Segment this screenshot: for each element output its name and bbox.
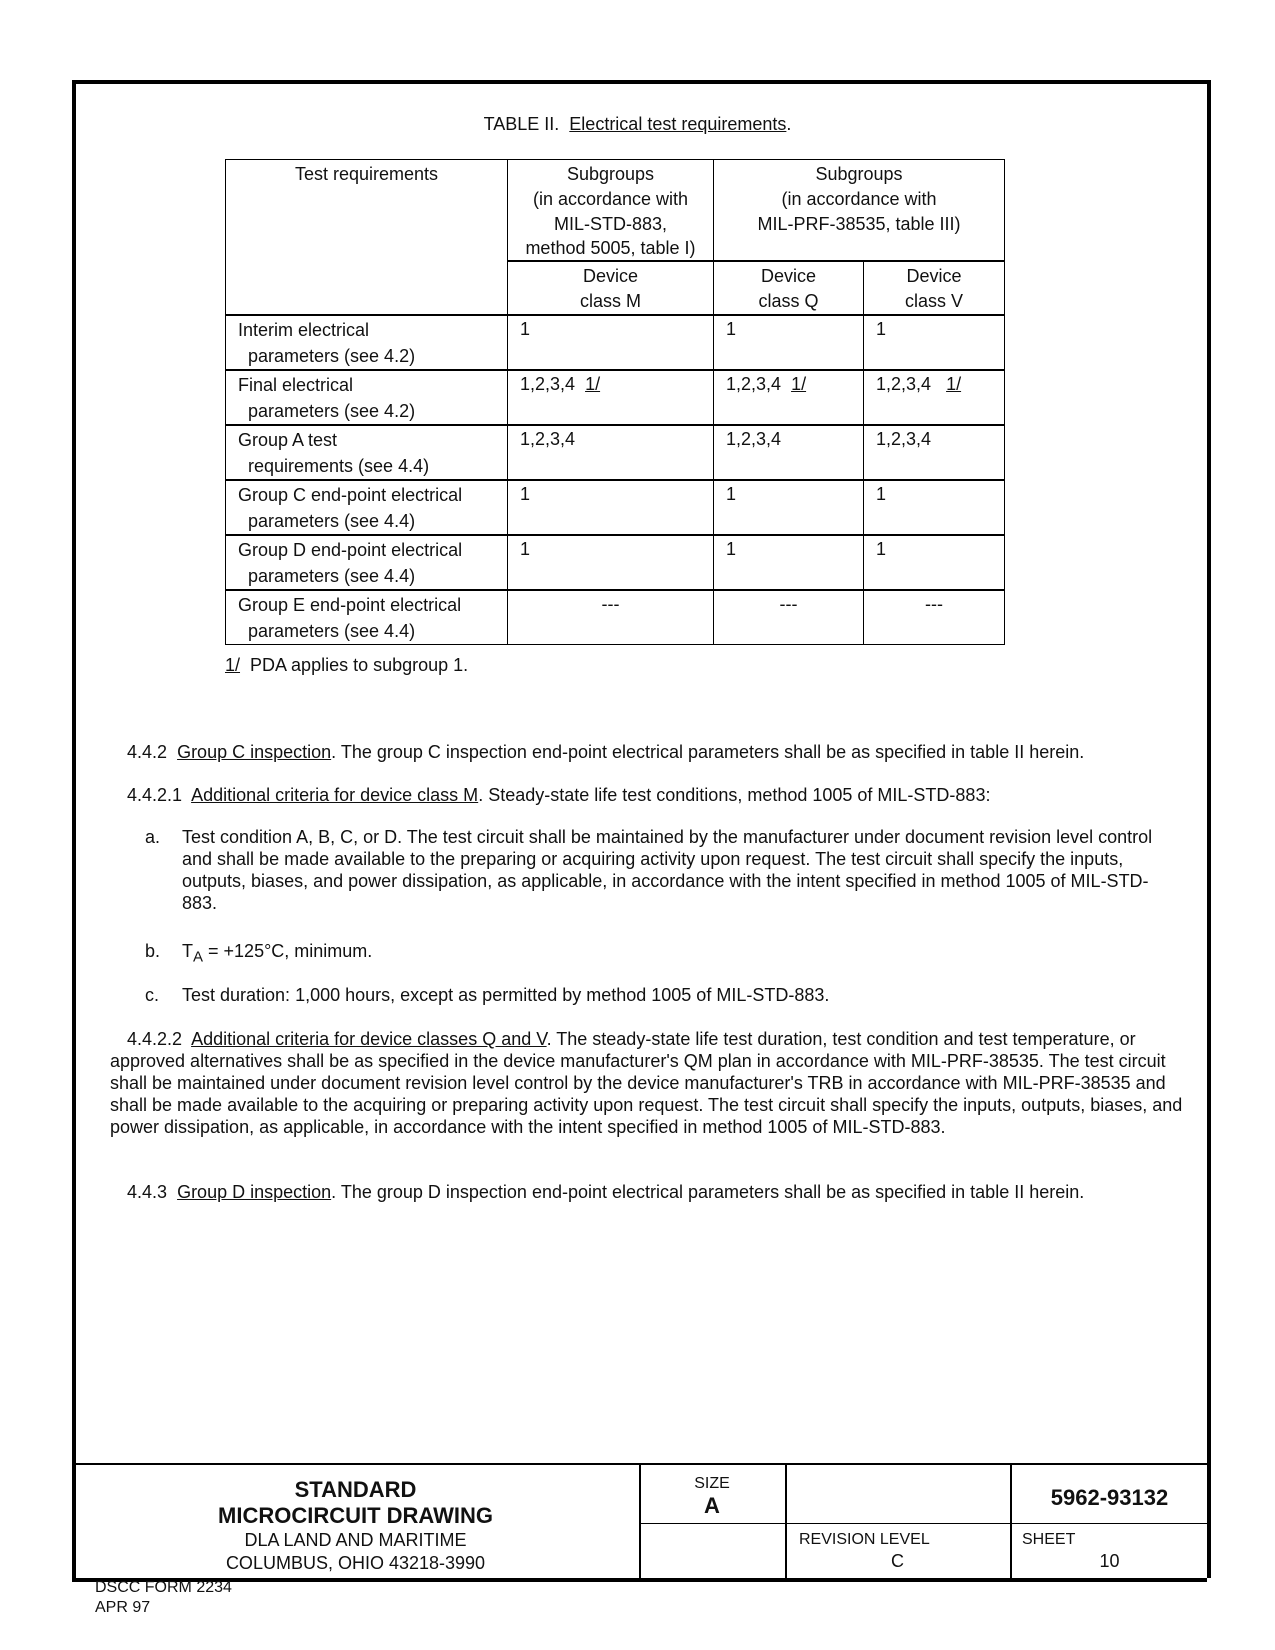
section-4-4-2-2: 4.4.2.2 Additional criteria for device c… — [110, 1028, 1185, 1138]
item-c-text: Test duration: 1,000 hours, except as pe… — [182, 984, 1182, 1006]
sheet-value: 10 — [1012, 1551, 1207, 1572]
caption-prefix: TABLE II. — [484, 114, 560, 134]
table-row: Group A testrequirements (see 4.4) 1,2,3… — [226, 425, 1005, 480]
title-block: STANDARD MICROCIRCUIT DRAWING DLA LAND A… — [72, 1463, 1207, 1582]
table-row: Final electricalparameters (see 4.2) 1,2… — [226, 370, 1005, 425]
section-4-4-2: 4.4.2 Group C inspection. The group C in… — [127, 741, 1187, 763]
item-a-marker: a. — [145, 826, 160, 848]
header-class-q: Deviceclass Q — [714, 261, 864, 315]
header-class-v: Deviceclass V — [864, 261, 1005, 315]
item-c-marker: c. — [145, 984, 159, 1006]
header-class-m: Deviceclass M — [508, 261, 714, 315]
revision-label: REVISION LEVEL — [799, 1531, 930, 1549]
section-4-4-3: 4.4.3 Group D inspection. The group D in… — [127, 1181, 1187, 1203]
footnote-ref: 1/ — [791, 374, 806, 394]
title-block-agency: STANDARD MICROCIRCUIT DRAWING DLA LAND A… — [72, 1477, 639, 1575]
section-4-4-2-1: 4.4.2.1 Additional criteria for device c… — [127, 784, 1187, 806]
form-label: DSCC FORM 2234 APR 97 — [95, 1578, 232, 1618]
caption-suffix: . — [786, 114, 791, 134]
table-caption: TABLE II. Electrical test requirements. — [0, 114, 1275, 135]
size-field: SIZE A — [639, 1475, 785, 1519]
revision-value: C — [785, 1551, 1010, 1572]
header-test-requirements: Test requirements — [226, 160, 508, 315]
footnote-ref: 1/ — [585, 374, 600, 394]
table-footnote: 1/ PDA applies to subgroup 1. — [225, 654, 468, 676]
footnote-ref: 1/ — [946, 374, 961, 394]
sheet-label: SHEET — [1022, 1531, 1075, 1549]
caption-title: Electrical test requirements — [569, 114, 786, 134]
item-b-text: TA = +125°C, minimum. — [182, 940, 372, 969]
header-subgroups-38535: Subgroups(in accordance withMIL-PRF-3853… — [714, 160, 1005, 261]
item-b-marker: b. — [145, 940, 160, 962]
item-a-text: Test condition A, B, C, or D. The test c… — [182, 826, 1182, 914]
header-subgroups-883: Subgroups(in accordance withMIL-STD-883,… — [508, 160, 714, 261]
table-row: Interim electricalparameters (see 4.2) 1… — [226, 315, 1005, 370]
table-row: Group D end-point electricalparameters (… — [226, 535, 1005, 590]
drawing-number: 5962-93132 — [1012, 1485, 1207, 1511]
table-row: Group E end-point electricalparameters (… — [226, 590, 1005, 645]
electrical-test-table: Test requirements Subgroups(in accordanc… — [225, 159, 1005, 645]
table-row: Group C end-point electricalparameters (… — [226, 480, 1005, 535]
